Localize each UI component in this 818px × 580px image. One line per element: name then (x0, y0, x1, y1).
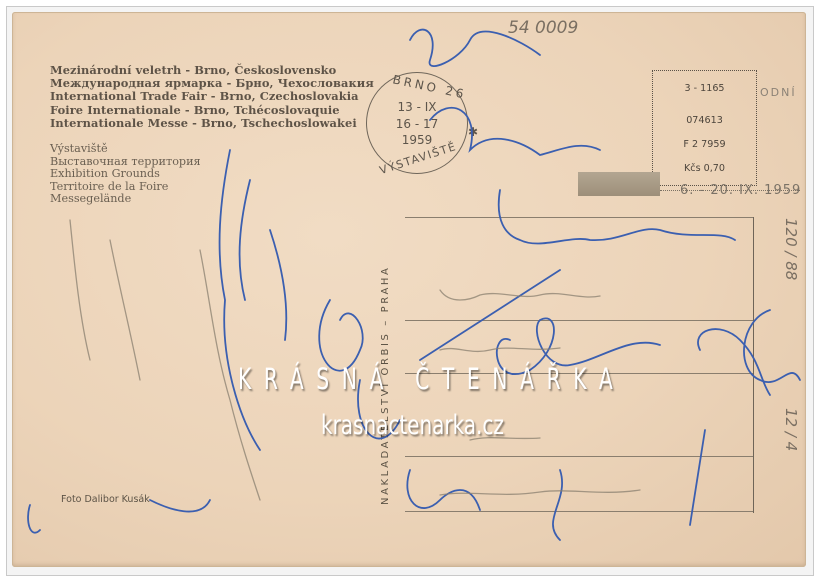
margin-number-top: 120 / 88 (782, 218, 800, 280)
watermark-title: KRÁSNÁ ČTENÁŘKA (238, 362, 625, 396)
handwritten-ink (0, 0, 818, 580)
watermark-url: krasnactenarka.cz (321, 410, 504, 441)
margin-number-bottom: 12 / 4 (782, 408, 800, 451)
